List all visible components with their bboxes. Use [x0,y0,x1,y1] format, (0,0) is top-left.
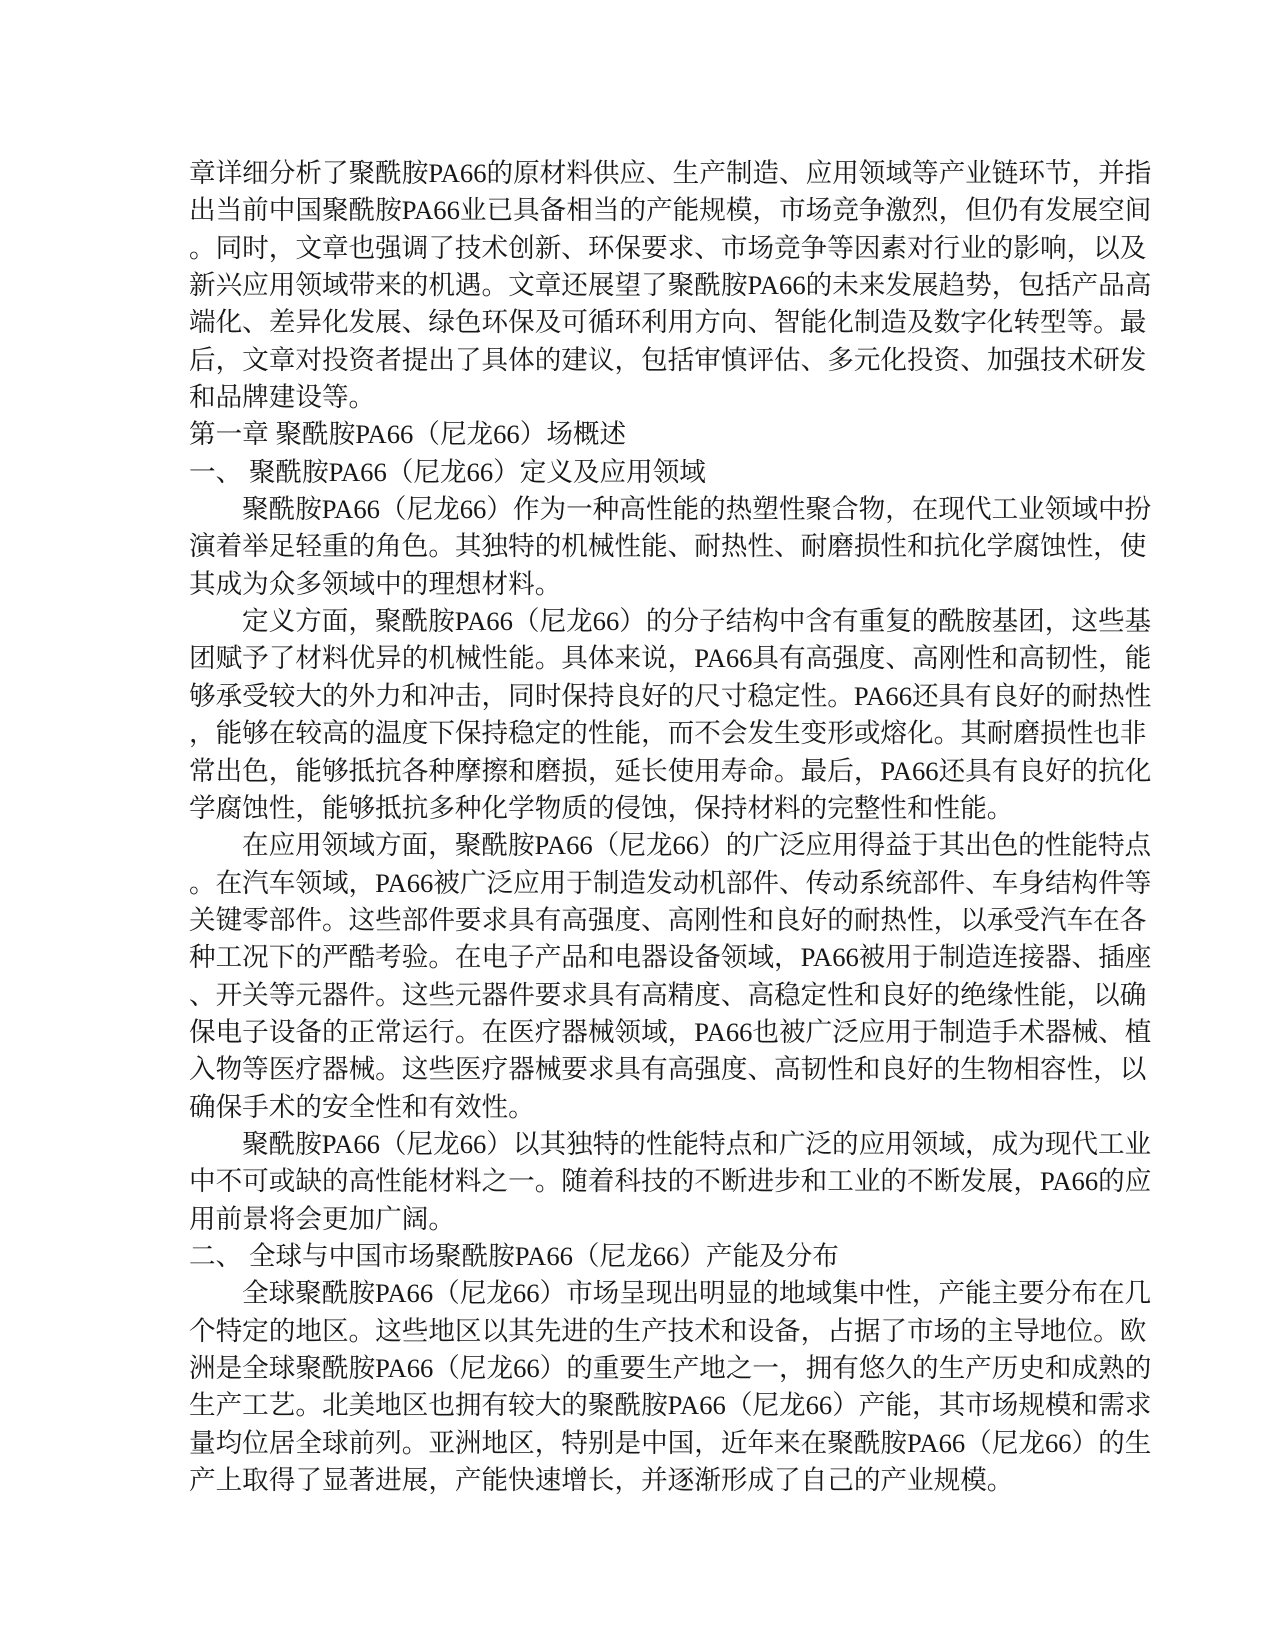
document-text-block: 章详细分析了聚酰胺PA66的原材料供应、生产制造、应用领域等产业链环节，并指出当… [189,155,1095,1499]
text-line: 量均位居全球前列。亚洲地区，特别是中国，近年来在聚酰胺PA66（尼龙66）的生 [189,1425,1095,1462]
text-line: 够承受较大的外力和冲击，同时保持良好的尺寸稳定性。PA66还具有良好的耐热性 [189,678,1095,715]
text-line: 个特定的地区。这些地区以其先进的生产技术和设备，占据了市场的主导地位。欧 [189,1313,1095,1350]
text-line: 团赋予了材料优异的机械性能。具体来说，PA66具有高强度、高刚性和高韧性，能 [189,640,1095,677]
text-line: 在应用领域方面，聚酰胺PA66（尼龙66）的广泛应用得益于其出色的性能特点 [189,827,1095,864]
text-line: 生产工艺。北美地区也拥有较大的聚酰胺PA66（尼龙66）产能，其市场规模和需求 [189,1387,1095,1424]
text-line: 演着举足轻重的角色。其独特的机械性能、耐热性、耐磨损性和抗化学腐蚀性，使 [189,528,1095,565]
text-line: 章详细分析了聚酰胺PA66的原材料供应、生产制造、应用领域等产业链环节，并指 [189,155,1095,192]
text-line: 入物等医疗器械。这些医疗器械要求具有高强度、高韧性和良好的生物相容性，以 [189,1051,1095,1088]
text-line: 和品牌建设等。 [189,379,1095,416]
text-line: 种工况下的严酷考验。在电子产品和电器设备领域，PA66被用于制造连接器、插座 [189,939,1095,976]
text-line: 保电子设备的正常运行。在医疗器械领域，PA66也被广泛应用于制造手术器械、植 [189,1014,1095,1051]
text-line: 常出色，能够抵抗各种摩擦和磨损，延长使用寿命。最后，PA66还具有良好的抗化 [189,753,1095,790]
text-line: 洲是全球聚酰胺PA66（尼龙66）的重要生产地之一，拥有悠久的生产历史和成熟的 [189,1350,1095,1387]
text-line: 。在汽车领域，PA66被广泛应用于制造发动机部件、传动系统部件、车身结构件等 [189,865,1095,902]
text-line: 其成为众多领域中的理想材料。 [189,566,1095,603]
document-page: 章详细分析了聚酰胺PA66的原材料供应、生产制造、应用领域等产业链环节，并指出当… [0,0,1275,1650]
text-line: 新兴应用领域带来的机遇。文章还展望了聚酰胺PA66的未来发展趋势，包括产品高 [189,267,1095,304]
text-line: 用前景将会更加广阔。 [189,1201,1095,1238]
text-line: 第一章 聚酰胺PA66（尼龙66）场概述 [189,416,1095,453]
text-line: 聚酰胺PA66（尼龙66）作为一种高性能的热塑性聚合物，在现代工业领域中扮 [189,491,1095,528]
text-line: 二、 全球与中国市场聚酰胺PA66（尼龙66）产能及分布 [189,1238,1095,1275]
text-line: 产上取得了显著进展，产能快速增长，并逐渐形成了自己的产业规模。 [189,1462,1095,1499]
text-line: 后，文章对投资者提出了具体的建议，包括审慎评估、多元化投资、加强技术研发 [189,342,1095,379]
text-line: ，能够在较高的温度下保持稳定的性能，而不会发生变形或熔化。其耐磨损性也非 [189,715,1095,752]
text-line: 定义方面，聚酰胺PA66（尼龙66）的分子结构中含有重复的酰胺基团，这些基 [189,603,1095,640]
text-line: 。同时，文章也强调了技术创新、环保要求、市场竞争等因素对行业的影响，以及 [189,230,1095,267]
text-line: 关键零部件。这些部件要求具有高强度、高刚性和良好的耐热性，以承受汽车在各 [189,902,1095,939]
text-line: 一、 聚酰胺PA66（尼龙66）定义及应用领域 [189,454,1095,491]
text-line: 确保手术的安全性和有效性。 [189,1089,1095,1126]
text-line: 全球聚酰胺PA66（尼龙66）市场呈现出明显的地域集中性，产能主要分布在几 [189,1275,1095,1312]
text-line: 、开关等元器件。这些元器件要求具有高精度、高稳定性和良好的绝缘性能，以确 [189,977,1095,1014]
text-line: 端化、差异化发展、绿色环保及可循环利用方向、智能化制造及数字化转型等。最 [189,304,1095,341]
text-line: 聚酰胺PA66（尼龙66）以其独特的性能特点和广泛的应用领域，成为现代工业 [189,1126,1095,1163]
text-line: 出当前中国聚酰胺PA66业已具备相当的产能规模，市场竞争激烈，但仍有发展空间 [189,192,1095,229]
text-line: 学腐蚀性，能够抵抗多种化学物质的侵蚀，保持材料的完整性和性能。 [189,790,1095,827]
text-line: 中不可或缺的高性能材料之一。随着科技的不断进步和工业的不断发展，PA66的应 [189,1163,1095,1200]
